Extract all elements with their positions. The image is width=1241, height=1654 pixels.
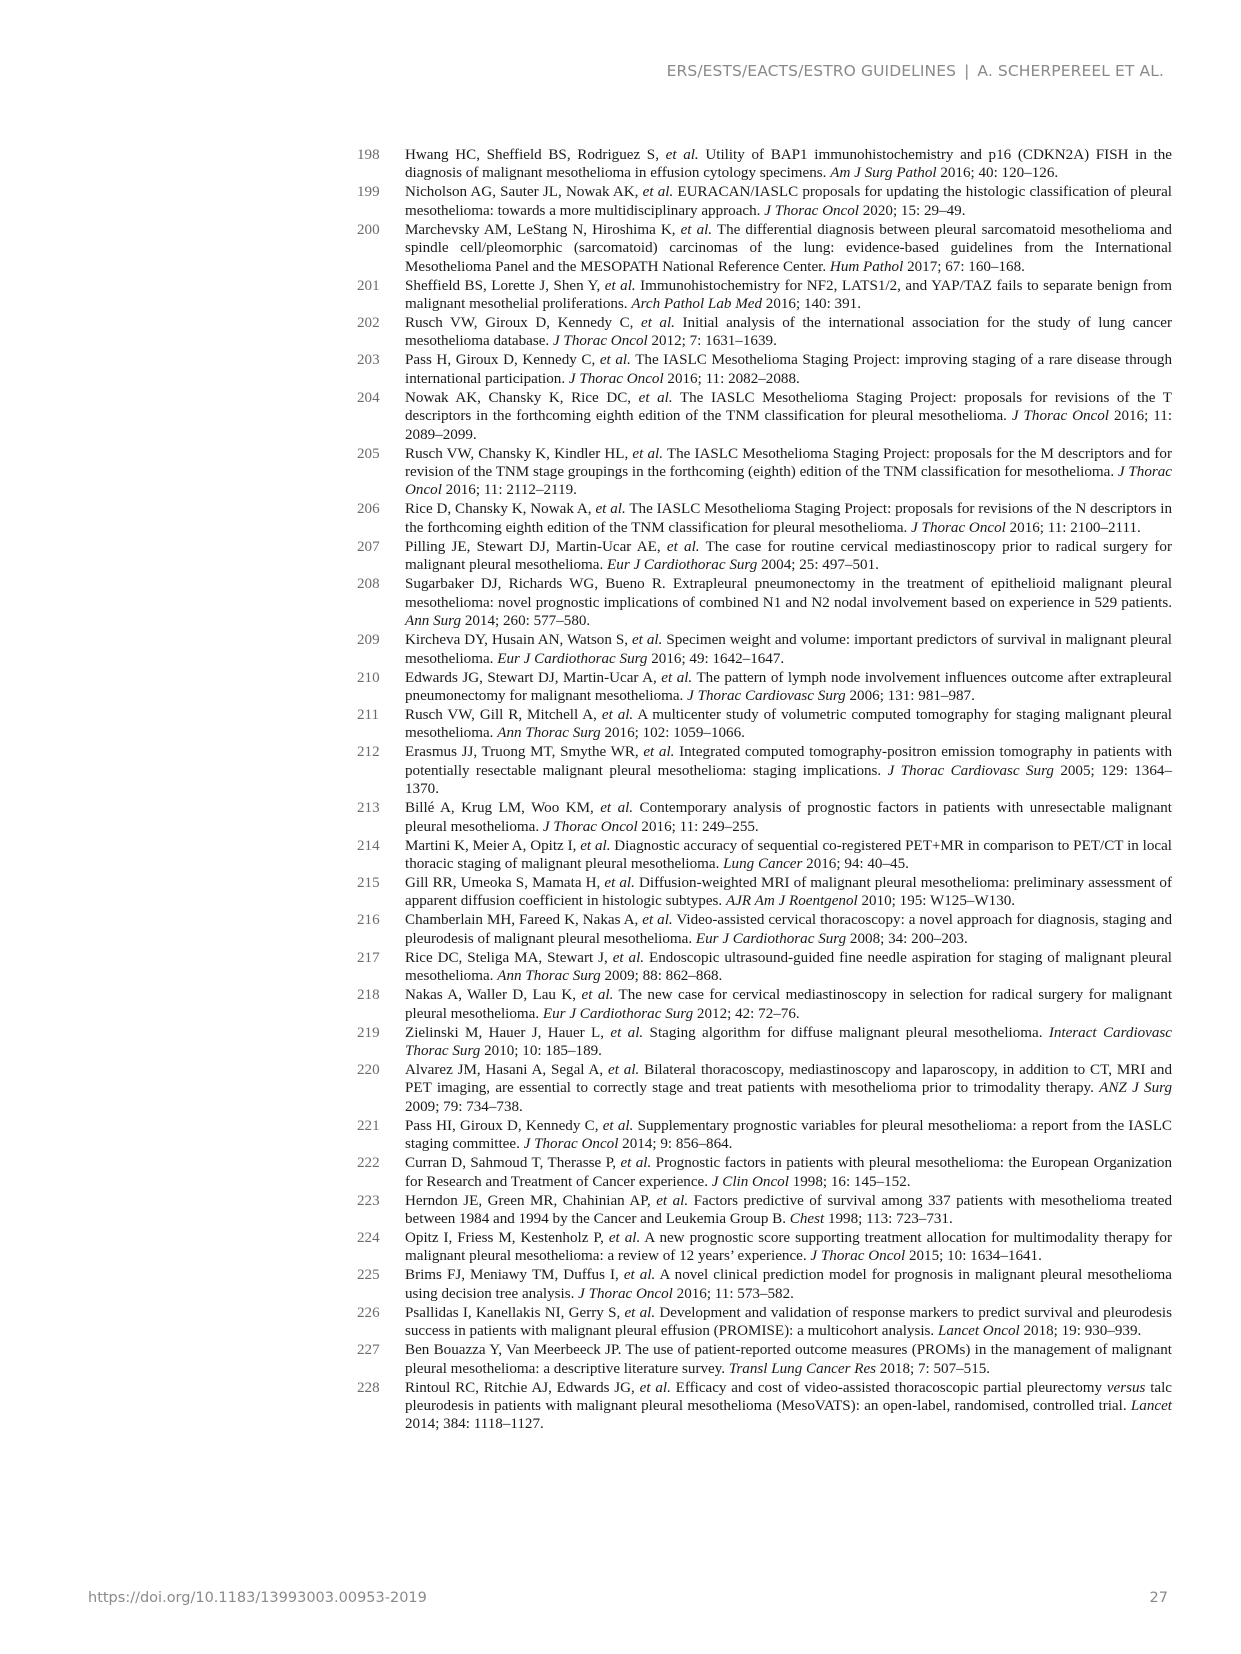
reference-journal: Ann Thorac Surg — [497, 968, 600, 984]
reference-citation: 2016; 11: 2112–2119. — [442, 482, 577, 498]
reference-citation: 2018; 19: 930–939. — [1020, 1323, 1142, 1339]
reference-item: 201Sheffield BS, Lorette J, Shen Y, et a… — [357, 277, 1172, 314]
reference-number: 206 — [357, 500, 380, 518]
reference-citation: 2010; 10: 185–189. — [480, 1043, 602, 1059]
reference-journal: Ann Surg — [405, 613, 461, 629]
reference-journal: Am J Surg Pathol — [830, 165, 936, 181]
reference-number: 198 — [357, 146, 380, 164]
reference-item: 210Edwards JG, Stewart DJ, Martin-Ucar A… — [357, 669, 1172, 706]
reference-number: 228 — [357, 1379, 380, 1397]
reference-authors: Alvarez JM, Hasani A, Segal A, — [405, 1062, 608, 1078]
reference-authors: Psallidas I, Kanellakis NI, Gerry S, — [405, 1305, 624, 1321]
reference-citation: 2016; 49: 1642–1647. — [647, 651, 784, 667]
reference-et-al: et al. — [681, 222, 712, 238]
running-header: ERS/ESTS/EACTS/ESTRO GUIDELINES|A. SCHER… — [667, 62, 1164, 80]
reference-item: 220Alvarez JM, Hasani A, Segal A, et al.… — [357, 1061, 1172, 1116]
reference-item: 216Chamberlain MH, Fareed K, Nakas A, et… — [357, 911, 1172, 948]
reference-authors: Rice DC, Steliga MA, Stewart J, — [405, 950, 613, 966]
reference-number: 214 — [357, 837, 380, 855]
reference-number: 199 — [357, 183, 380, 201]
reference-item: 226Psallidas I, Kanellakis NI, Gerry S, … — [357, 1304, 1172, 1341]
page-number: 27 — [1150, 1590, 1168, 1606]
reference-et-al: et al. — [604, 875, 635, 891]
reference-item: 204Nowak AK, Chansky K, Rice DC, et al. … — [357, 389, 1172, 444]
reference-citation: 2012; 42: 72–76. — [693, 1006, 800, 1022]
reference-journal: J Clin Oncol — [712, 1174, 789, 1190]
reference-item: 228Rintoul RC, Ritchie AJ, Edwards JG, e… — [357, 1379, 1172, 1434]
reference-item: 207Pilling JE, Stewart DJ, Martin-Ucar A… — [357, 538, 1172, 575]
reference-journal: Eur J Cardiothorac Surg — [497, 651, 647, 667]
reference-authors: Pass HI, Giroux D, Kennedy C, — [405, 1118, 603, 1134]
reference-number: 220 — [357, 1061, 380, 1079]
reference-number: 200 — [357, 221, 380, 239]
reference-citation: 2010; 195: W125–W130. — [858, 893, 1015, 909]
reference-citation: 2014; 260: 577–580. — [461, 613, 590, 629]
reference-citation: 2016; 11: 249–255. — [638, 819, 759, 835]
reference-number: 205 — [357, 445, 380, 463]
reference-authors: Nakas A, Waller D, Lau K, — [405, 987, 582, 1003]
reference-authors: Martini K, Meier A, Opitz I, — [405, 838, 580, 854]
reference-et-al: et al. — [602, 707, 633, 723]
reference-authors: Gill RR, Umeoka S, Mamata H, — [405, 875, 604, 891]
reference-authors: Herndon JE, Green MR, Chahinian AP, — [405, 1193, 656, 1209]
reference-number: 225 — [357, 1266, 380, 1284]
reference-number: 210 — [357, 669, 380, 687]
reference-number: 218 — [357, 986, 380, 1004]
reference-number: 224 — [357, 1229, 380, 1247]
reference-et-al: et al. — [639, 390, 673, 406]
reference-journal: J Thorac Cardiovasc Surg — [687, 688, 846, 704]
reference-et-al: et al. — [640, 1380, 671, 1396]
reference-number: 219 — [357, 1024, 380, 1042]
reference-et-al: et al. — [661, 670, 692, 686]
reference-journal: Eur J Cardiothorac Surg — [696, 931, 846, 947]
header-authors: A. SCHERPEREEL ET AL. — [977, 62, 1164, 80]
reference-journal: Hum Pathol — [830, 259, 903, 275]
reference-item: 198Hwang HC, Sheffield BS, Rodriguez S, … — [357, 146, 1172, 183]
reference-item: 211Rusch VW, Gill R, Mitchell A, et al. … — [357, 706, 1172, 743]
reference-authors: Zielinski M, Hauer J, Hauer L, — [405, 1025, 610, 1041]
reference-item: 225Brims FJ, Meniawy TM, Duffus I, et al… — [357, 1266, 1172, 1303]
reference-number: 216 — [357, 911, 380, 929]
reference-number: 203 — [357, 351, 380, 369]
reference-item: 227Ben Bouazza Y, Van Meerbeeck JP. The … — [357, 1341, 1172, 1378]
reference-citation: 2015; 10: 1634–1641. — [905, 1248, 1042, 1264]
reference-item: 202Rusch VW, Giroux D, Kennedy C, et al.… — [357, 314, 1172, 351]
reference-journal: J Thorac Oncol — [553, 333, 648, 349]
reference-et-al: et al. — [610, 1025, 643, 1041]
reference-item: 224Opitz I, Friess M, Kestenholz P, et a… — [357, 1229, 1172, 1266]
reference-item: 199Nicholson AG, Sauter JL, Nowak AK, et… — [357, 183, 1172, 220]
reference-citation: 2016; 94: 40–45. — [802, 856, 909, 872]
reference-citation: 2016; 140: 391. — [762, 296, 861, 312]
reference-authors: Chamberlain MH, Fareed K, Nakas A, — [405, 912, 642, 928]
reference-item: 218Nakas A, Waller D, Lau K, et al. The … — [357, 986, 1172, 1023]
reference-et-al: et al. — [642, 912, 672, 928]
reference-item: 203Pass H, Giroux D, Kennedy C, et al. T… — [357, 351, 1172, 388]
reference-et-al: et al. — [643, 744, 674, 760]
reference-citation: 2016; 11: 2100–2111. — [1006, 520, 1141, 536]
reference-authors: Pass H, Giroux D, Kennedy C, — [405, 352, 600, 368]
reference-item: 219Zielinski M, Hauer J, Hauer L, et al.… — [357, 1024, 1172, 1061]
reference-authors: Erasmus JJ, Truong MT, Smythe WR, — [405, 744, 643, 760]
reference-et-al: et al. — [600, 800, 633, 816]
reference-number: 227 — [357, 1341, 380, 1359]
reference-et-al: et al. — [613, 950, 644, 966]
reference-citation: 2016; 40: 120–126. — [937, 165, 1059, 181]
reference-number: 208 — [357, 575, 380, 593]
reference-et-al: et al. — [595, 501, 625, 517]
reference-journal: J Thorac Oncol — [578, 1286, 673, 1302]
reference-authors: Kircheva DY, Husain AN, Watson S, — [405, 632, 632, 648]
reference-item: 213Billé A, Krug LM, Woo KM, et al. Cont… — [357, 799, 1172, 836]
reference-item: 214Martini K, Meier A, Opitz I, et al. D… — [357, 837, 1172, 874]
reference-et-al: et al. — [580, 838, 610, 854]
reference-number: 204 — [357, 389, 380, 407]
reference-journal: Eur J Cardiothorac Surg — [543, 1006, 693, 1022]
reference-item: 221Pass HI, Giroux D, Kennedy C, et al. … — [357, 1117, 1172, 1154]
reference-et-al: et al. — [582, 987, 614, 1003]
reference-authors: Nowak AK, Chansky K, Rice DC, — [405, 390, 639, 406]
reference-number: 202 — [357, 314, 380, 332]
reference-authors: Marchevsky AM, LeStang N, Hiroshima K, — [405, 222, 681, 238]
reference-number: 209 — [357, 631, 380, 649]
reference-authors: Rusch VW, Chansky K, Kindler HL, — [405, 446, 632, 462]
reference-item: 215Gill RR, Umeoka S, Mamata H, et al. D… — [357, 874, 1172, 911]
reference-journal: Lancet — [1131, 1398, 1172, 1414]
reference-number: 212 — [357, 743, 380, 761]
reference-citation: 1998; 113: 723–731. — [824, 1211, 953, 1227]
header-separator: | — [964, 62, 969, 80]
reference-citation: 2014; 9: 856–864. — [618, 1136, 732, 1152]
reference-title-italic: versus — [1107, 1380, 1146, 1396]
reference-list: 198Hwang HC, Sheffield BS, Rodriguez S, … — [357, 146, 1172, 1434]
reference-citation: 2018; 7: 507–515. — [876, 1361, 990, 1377]
reference-number: 217 — [357, 949, 380, 967]
reference-title: Staging algorithm for diffuse malignant … — [643, 1025, 1049, 1041]
reference-authors: Hwang HC, Sheffield BS, Rodriguez S, — [405, 147, 666, 163]
reference-item: 212Erasmus JJ, Truong MT, Smythe WR, et … — [357, 743, 1172, 798]
reference-authors: Sheffield BS, Lorette J, Shen Y, — [405, 278, 605, 294]
reference-authors: Billé A, Krug LM, Woo KM, — [405, 800, 600, 816]
reference-item: 200Marchevsky AM, LeStang N, Hiroshima K… — [357, 221, 1172, 276]
reference-item: 208Sugarbaker DJ, Richards WG, Bueno R. … — [357, 575, 1172, 630]
reference-number: 221 — [357, 1117, 380, 1135]
reference-number: 215 — [357, 874, 380, 892]
reference-number: 201 — [357, 277, 380, 295]
reference-number: 211 — [357, 706, 379, 724]
reference-item: 206Rice D, Chansky K, Nowak A, et al. Th… — [357, 500, 1172, 537]
reference-citation: 2008; 34: 200–203. — [846, 931, 968, 947]
reference-number: 207 — [357, 538, 380, 556]
reference-et-al: et al. — [656, 1193, 688, 1209]
reference-journal: Ann Thorac Surg — [497, 725, 600, 741]
reference-et-al: et al. — [605, 278, 636, 294]
reference-et-al: et al. — [624, 1267, 655, 1283]
reference-authors: Rice D, Chansky K, Nowak A, — [405, 501, 595, 517]
reference-et-al: et al. — [609, 1230, 640, 1246]
reference-journal: Chest — [790, 1211, 824, 1227]
reference-item: 205Rusch VW, Chansky K, Kindler HL, et a… — [357, 445, 1172, 500]
reference-et-al: et al. — [666, 147, 699, 163]
doi-link[interactable]: https://doi.org/10.1183/13993003.00953-2… — [88, 1590, 427, 1606]
reference-authors: Rintoul RC, Ritchie AJ, Edwards JG, — [405, 1380, 640, 1396]
reference-number: 226 — [357, 1304, 380, 1322]
reference-number: 213 — [357, 799, 380, 817]
reference-et-al: et al. — [608, 1062, 639, 1078]
reference-authors: Pilling JE, Stewart DJ, Martin-Ucar AE, — [405, 539, 667, 555]
reference-journal: J Thorac Oncol — [543, 819, 638, 835]
reference-journal: J Thorac Oncol — [1012, 408, 1109, 424]
reference-journal: J Thorac Oncol — [524, 1136, 619, 1152]
reference-authors: Opitz I, Friess M, Kestenholz P, — [405, 1230, 609, 1246]
reference-journal: Lancet Oncol — [938, 1323, 1020, 1339]
reference-authors: Edwards JG, Stewart DJ, Martin-Ucar A, — [405, 670, 661, 686]
reference-number: 223 — [357, 1192, 380, 1210]
reference-citation: 2014; 384: 1118–1127. — [405, 1416, 544, 1432]
reference-journal: J Thorac Cardiovasc Surg — [888, 763, 1054, 779]
reference-et-al: et al. — [643, 184, 674, 200]
reference-journal: ANZ J Surg — [1099, 1080, 1172, 1096]
reference-item: 223Herndon JE, Green MR, Chahinian AP, e… — [357, 1192, 1172, 1229]
reference-journal: J Thorac Oncol — [810, 1248, 905, 1264]
reference-authors: Ben Bouazza Y, Van Meerbeeck JP. — [405, 1342, 621, 1358]
header-series: ERS/ESTS/EACTS/ESTRO GUIDELINES — [667, 62, 956, 80]
reference-et-al: et al. — [600, 352, 631, 368]
reference-authors: Brims FJ, Meniawy TM, Duffus I, — [405, 1267, 624, 1283]
reference-authors: Nicholson AG, Sauter JL, Nowak AK, — [405, 184, 643, 200]
reference-et-al: et al. — [620, 1155, 651, 1171]
reference-citation: 2004; 25: 497–501. — [757, 557, 879, 573]
reference-number: 222 — [357, 1154, 380, 1172]
reference-citation: 2009; 79: 734–738. — [405, 1099, 523, 1115]
reference-authors: Sugarbaker DJ, Richards WG, Bueno R. — [405, 576, 666, 592]
reference-et-al: et al. — [603, 1118, 634, 1134]
reference-item: 209Kircheva DY, Husain AN, Watson S, et … — [357, 631, 1172, 668]
reference-citation: 2016; 11: 573–582. — [673, 1286, 794, 1302]
reference-citation: 2006; 131: 981–987. — [846, 688, 975, 704]
reference-citation: 2020; 15: 29–49. — [859, 203, 966, 219]
reference-citation: 2017; 67: 160–168. — [903, 259, 1025, 275]
reference-journal: J Thorac Oncol — [569, 371, 664, 387]
reference-item: 217Rice DC, Steliga MA, Stewart J, et al… — [357, 949, 1172, 986]
reference-journal: Transl Lung Cancer Res — [729, 1361, 876, 1377]
reference-citation: 2009; 88: 862–868. — [601, 968, 723, 984]
reference-journal: Arch Pathol Lab Med — [631, 296, 762, 312]
reference-citation: 1998; 16: 145–152. — [789, 1174, 911, 1190]
reference-journal: J Thorac Oncol — [911, 520, 1006, 536]
reference-et-al: et al. — [667, 539, 700, 555]
reference-journal: J Thorac Oncol — [764, 203, 859, 219]
reference-journal: Lung Cancer — [723, 856, 802, 872]
reference-authors: Rusch VW, Giroux D, Kennedy C, — [405, 315, 641, 331]
reference-et-al: et al. — [641, 315, 675, 331]
reference-et-al: et al. — [632, 446, 663, 462]
reference-journal: Eur J Cardiothorac Surg — [607, 557, 757, 573]
reference-authors: Curran D, Sahmoud T, Therasse P, — [405, 1155, 620, 1171]
reference-title: Efficacy and cost of video-assisted thor… — [671, 1380, 1107, 1396]
reference-et-al: et al. — [632, 632, 662, 648]
reference-et-al: et al. — [624, 1305, 655, 1321]
reference-item: 222Curran D, Sahmoud T, Therasse P, et a… — [357, 1154, 1172, 1191]
reference-citation: 2016; 102: 1059–1066. — [601, 725, 745, 741]
reference-citation: 2012; 7: 1631–1639. — [648, 333, 777, 349]
reference-authors: Rusch VW, Gill R, Mitchell A, — [405, 707, 602, 723]
reference-citation: 2016; 11: 2082–2088. — [664, 371, 800, 387]
reference-journal: AJR Am J Roentgenol — [726, 893, 858, 909]
